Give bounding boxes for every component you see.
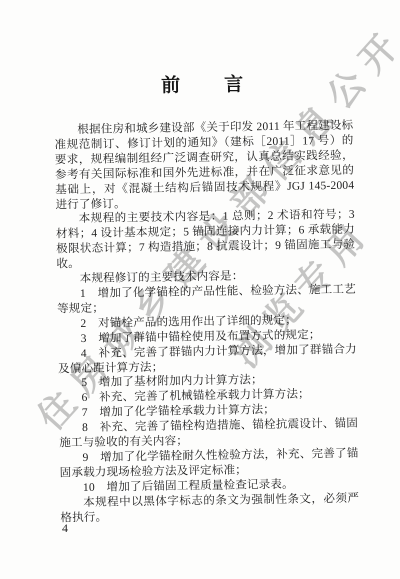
document-body: 前 言 根据住房和城乡建设部《关于印发 2011 年工程建设标准规范制订、修订计… — [53, 68, 359, 526]
document-page: 住房城乡建设部信息公开 浏览专用 前 言 根据住房和城乡建设部《关于印发 201… — [0, 0, 400, 579]
paragraph-intro: 根据住房和城乡建设部《关于印发 2011 年工程建设标准规范制订、修订计划的通知… — [54, 119, 354, 213]
revision-item-1: 1 增加了化学锚栓的产品性能、检验方法、施工工艺等规定； — [57, 283, 356, 318]
revision-item-4: 4 补充、完善了群锚内力计算方法，增加了群锚合力及偏心距计算方法； — [58, 342, 357, 377]
paragraph-contents: 本规程的主要技术内容是：1 总则；2 术语和符号；3 材料；4 设计基本规定；5… — [56, 208, 356, 272]
paragraph-mandatory-note: 本规程中以黑体字标志的条文为强制性条文，必须严格执行。 — [60, 491, 359, 526]
revision-item-9: 9 增加了化学锚栓耐久性检验方法，补充、完善了锚固承载力现场检验方法及评定标准； — [59, 447, 358, 482]
revision-item-8: 8 补充、完善了锚栓构造措施、锚栓抗震设计、锚固施工与验收的有关内容； — [59, 417, 358, 452]
page-title: 前 言 — [53, 68, 352, 100]
page-number: 4 — [62, 521, 68, 536]
